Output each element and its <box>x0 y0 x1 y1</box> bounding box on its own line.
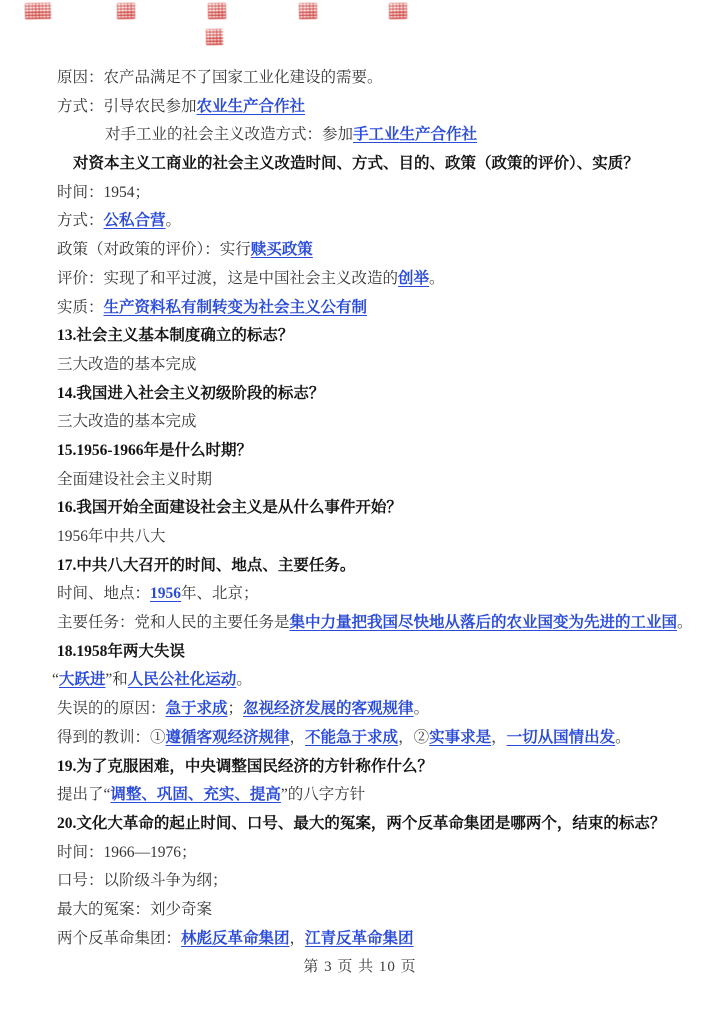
doc-line: 14.我国进入社会主义初级阶段的标志？ <box>57 380 663 409</box>
body-text: 1956年中共八大 <box>57 528 166 545</box>
red-ink-mark <box>25 3 51 19</box>
doc-line: 时间、地点：1956年、北京； <box>57 580 663 609</box>
question-heading-text: 14.我国进入社会主义初级阶段的标志？ <box>57 385 324 402</box>
doc-line: 提出了“调整、巩固、充实、提高”的八字方针 <box>57 781 663 810</box>
body-text: 。 <box>236 671 252 688</box>
question-heading-text: 15.1956-1966年是什么时期？ <box>57 442 252 459</box>
doc-line: 时间：1966—1976； <box>57 839 663 868</box>
answer-link[interactable]: 忽视经济发展的客观规律 <box>243 700 414 717</box>
doc-line: 16.我国开始全面建设社会主义是从什么事件开始？ <box>57 494 663 523</box>
body-text: ， <box>290 729 306 746</box>
answer-link[interactable]: 林彪反革命集团 <box>181 930 290 947</box>
doc-line: 方式：引导农民参加农业生产合作社 <box>57 93 663 122</box>
doc-line: 实质：生产资料私有制转变为社会主义公有制 <box>57 294 663 323</box>
question-heading-text: 18.1958年两大失误 <box>57 643 185 660</box>
body-text: 时间：1966—1976； <box>57 844 197 861</box>
body-text: 最大的冤案：刘少奇案 <box>57 901 212 918</box>
doc-line: 19.为了克服困难，中央调整国民经济的方针称作什么？ <box>57 753 663 782</box>
body-text: 三大改造的基本完成 <box>57 413 197 430</box>
red-ink-mark <box>208 3 226 19</box>
doc-line: 三大改造的基本完成 <box>57 408 663 437</box>
document-text-block: 原因：农产品满足不了国家工业化建设的需要。方式：引导农民参加农业生产合作社对手工… <box>57 64 663 953</box>
answer-link[interactable]: 急于求成 <box>166 700 228 717</box>
answer-link[interactable]: 赎买政策 <box>251 241 313 258</box>
question-heading-text: 17.中共八大召开的时间、地点、主要任务。 <box>57 557 355 574</box>
doc-line: 15.1956-1966年是什么时期？ <box>57 437 663 466</box>
red-ink-mark <box>206 29 223 45</box>
question-heading-text: 13.社会主义基本制度确立的标志？ <box>57 327 293 344</box>
question-heading-text: 20.文化大革命的起止时间、口号、最大的冤案，两个反革命集团是哪两个，结束的标志… <box>57 815 665 832</box>
answer-link[interactable]: 创举 <box>398 270 429 287</box>
doc-line: 失误的的原因：急于求成；忽视经济发展的客观规律。 <box>57 695 663 724</box>
doc-line: 13.社会主义基本制度确立的标志？ <box>57 322 663 351</box>
body-text: 政策（对政策的评价）：实行 <box>57 241 251 258</box>
body-text: 。 <box>677 614 693 631</box>
doc-line: 原因：农产品满足不了国家工业化建设的需要。 <box>57 64 663 93</box>
body-text: ”和 <box>105 671 127 688</box>
doc-line: 政策（对政策的评价）：实行赎买政策 <box>57 236 663 265</box>
red-ink-mark <box>117 3 135 19</box>
answer-link[interactable]: 遵循客观经济规律 <box>166 729 290 746</box>
body-text: 年、北京； <box>181 585 259 602</box>
body-text: 得到的教训：① <box>57 729 166 746</box>
doc-line: 17.中共八大召开的时间、地点、主要任务。 <box>57 552 663 581</box>
doc-line: 20.文化大革命的起止时间、口号、最大的冤案，两个反革命集团是哪两个，结束的标志… <box>57 810 663 839</box>
doc-line: 18.1958年两大失误 <box>57 638 663 667</box>
doc-line: 主要任务：党和人民的主要任务是集中力量把我国尽快地从落后的农业国变为先进的工业国… <box>57 609 663 638</box>
doc-line: 对资本主义工商业的社会主义改造时间、方式、目的、政策（政策的评价）、实质？ <box>73 150 663 179</box>
body-text: ，② <box>398 729 429 746</box>
body-text: 方式：引导农民参加 <box>57 98 197 115</box>
doc-line: 口号：以阶级斗争为纲； <box>57 867 663 896</box>
answer-link[interactable]: 不能急于求成 <box>305 729 398 746</box>
doc-line: 得到的教训：①遵循客观经济规律，不能急于求成，②实事求是，一切从国情出发。 <box>57 724 663 753</box>
answer-link[interactable]: 江青反革命集团 <box>305 930 414 947</box>
doc-line: 时间：1954； <box>57 179 663 208</box>
body-text: 。 <box>166 212 182 229</box>
body-text: 评价：实现了和平过渡，这是中国社会主义改造的 <box>57 270 398 287</box>
body-text: ， <box>491 729 507 746</box>
doc-line: 两个反革命集团：林彪反革命集团，江青反革命集团 <box>57 925 663 954</box>
answer-link[interactable]: 集中力量把我国尽快地从落后的农业国变为先进的工业国 <box>290 614 678 631</box>
question-heading-text: 对资本主义工商业的社会主义改造时间、方式、目的、政策（政策的评价）、实质？ <box>73 155 639 172</box>
document-page: { "page": { "footer": "第 3 页 共 10 页" }, … <box>0 0 720 1024</box>
doc-line: 评价：实现了和平过渡，这是中国社会主义改造的创举。 <box>57 265 663 294</box>
answer-link[interactable]: 调整、巩固、充实、提高 <box>110 786 281 803</box>
body-text: 。 <box>429 270 445 287</box>
body-text: ”的八字方针 <box>281 786 365 803</box>
body-text: 两个反革命集团： <box>57 930 181 947</box>
body-text: “ <box>52 671 59 688</box>
body-text: 三大改造的基本完成 <box>57 356 197 373</box>
body-text: 原因：农产品满足不了国家工业化建设的需要。 <box>57 69 383 86</box>
body-text: 实质： <box>57 299 104 316</box>
body-text: 时间、地点： <box>57 585 150 602</box>
question-heading-text: 19.为了克服困难，中央调整国民经济的方针称作什么？ <box>57 758 433 775</box>
body-text: 。 <box>615 729 631 746</box>
body-text: 对手工业的社会主义改造方式：参加 <box>105 126 353 143</box>
doc-line: 最大的冤案：刘少奇案 <box>57 896 663 925</box>
red-ink-mark <box>299 3 317 19</box>
body-text: 失误的的原因： <box>57 700 166 717</box>
answer-link[interactable]: 农业生产合作社 <box>197 98 306 115</box>
answer-link[interactable]: 人民公社化运动 <box>128 671 237 688</box>
red-ink-mark <box>389 3 407 19</box>
doc-line: 方式：公私合营。 <box>57 207 663 236</box>
doc-line: “大跃进”和人民公社化运动。 <box>52 666 663 695</box>
answer-link[interactable]: 1956 <box>150 585 181 602</box>
body-text: 主要任务：党和人民的主要任务是 <box>57 614 290 631</box>
doc-line: 全面建设社会主义时期 <box>57 466 663 495</box>
body-text: ， <box>290 930 306 947</box>
body-text: 全面建设社会主义时期 <box>57 471 212 488</box>
body-text: 。 <box>414 700 430 717</box>
body-text: 方式： <box>57 212 104 229</box>
answer-link[interactable]: 生产资料私有制转变为社会主义公有制 <box>104 299 368 316</box>
answer-link[interactable]: 手工业生产合作社 <box>353 126 477 143</box>
page-number-footer: 第 3 页 共 10 页 <box>0 953 720 981</box>
body-text: 口号：以阶级斗争为纲； <box>57 872 228 889</box>
answer-link[interactable]: 公私合营 <box>104 212 166 229</box>
body-text: 提出了“ <box>57 786 110 803</box>
answer-link[interactable]: 一切从国情出发 <box>507 729 616 746</box>
answer-link[interactable]: 大跃进 <box>59 671 106 688</box>
question-heading-text: 16.我国开始全面建设社会主义是从什么事件开始？ <box>57 499 402 516</box>
answer-link[interactable]: 实事求是 <box>429 729 491 746</box>
doc-line: 1956年中共八大 <box>57 523 663 552</box>
doc-line: 三大改造的基本完成 <box>57 351 663 380</box>
doc-line: 对手工业的社会主义改造方式：参加手工业生产合作社 <box>105 121 663 150</box>
body-text: 时间：1954； <box>57 184 150 201</box>
body-text: ； <box>228 700 244 717</box>
